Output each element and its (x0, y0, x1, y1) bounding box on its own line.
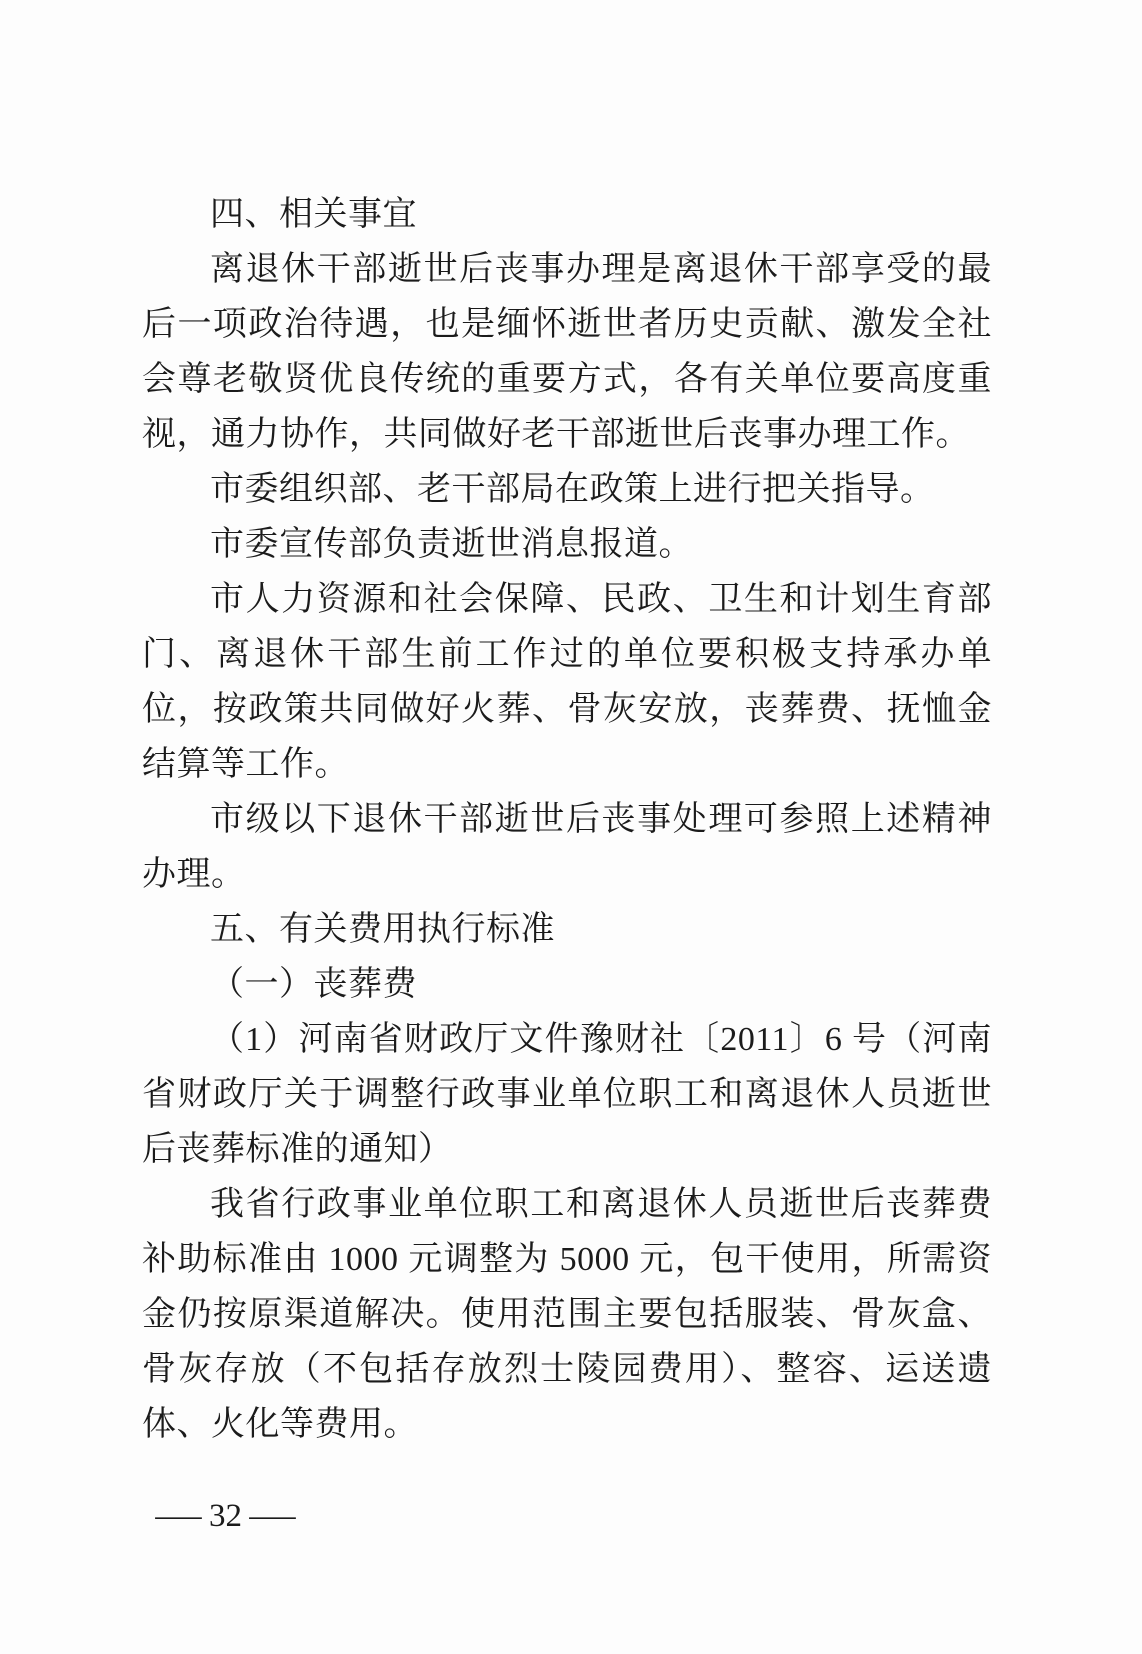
body-paragraph-subsidy-standard: 我省行政事业单位职工和离退休人员逝世后丧葬费补助标准由 1000 元调整为 50… (142, 1177, 992, 1452)
page-number-footer: —32— (148, 1496, 303, 1536)
body-paragraph-below-city-level: 市级以下退休干部逝世后丧事处理可参照上述精神办理。 (142, 792, 992, 902)
body-paragraph-organization-dept: 市委组织部、老干部局在政策上进行把关指导。 (142, 462, 992, 517)
footer-left-dash: — (155, 1496, 201, 1536)
sub-heading-funeral-fee: （一）丧葬费 (142, 957, 992, 1012)
document-page: 四、相关事宜 离退休干部逝世后丧事办理是离退休干部享受的最后一项政治待遇，也是缅… (0, 0, 1142, 1654)
page-number: 32 (209, 1496, 242, 1536)
body-paragraph-henan-finance-doc: （1）河南省财政厅文件豫财社〔2011〕6 号（河南省财政厅关于调整行政事业单位… (142, 1012, 992, 1177)
footer-right-dash: — (249, 1496, 295, 1536)
body-paragraph-funeral-handling: 离退休干部逝世后丧事办理是离退休干部享受的最后一项政治待遇，也是缅怀逝世者历史贡… (142, 242, 992, 462)
section-heading-4: 四、相关事宜 (142, 187, 992, 242)
body-paragraph-propaganda-dept: 市委宣传部负责逝世消息报道。 (142, 517, 992, 572)
section-heading-5: 五、有关费用执行标准 (142, 902, 992, 957)
body-paragraph-hr-civil-affairs: 市人力资源和社会保障、民政、卫生和计划生育部门、离退休干部生前工作过的单位要积极… (142, 572, 992, 792)
document-body: 四、相关事宜 离退休干部逝世后丧事办理是离退休干部享受的最后一项政治待遇，也是缅… (142, 187, 992, 1452)
